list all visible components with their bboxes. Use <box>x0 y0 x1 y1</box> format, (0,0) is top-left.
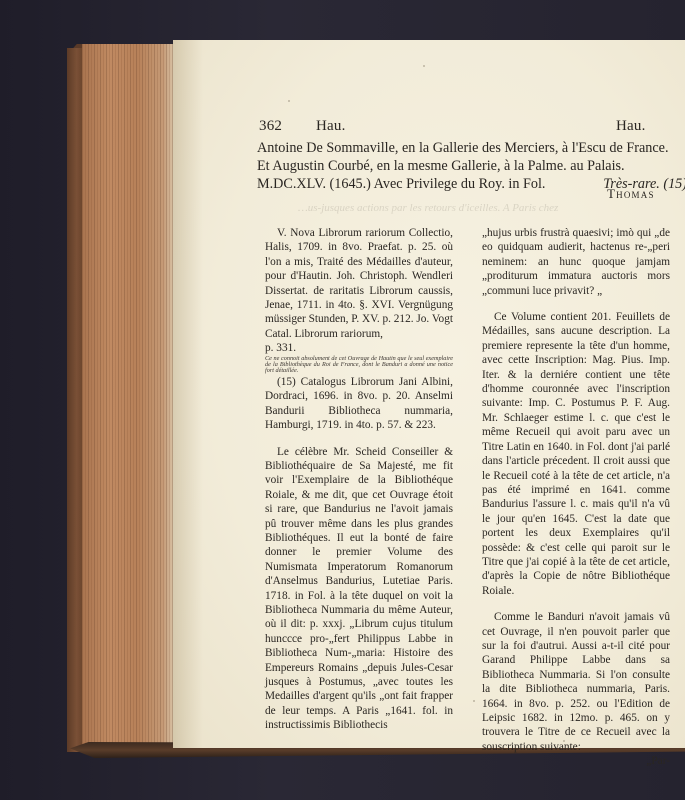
page-number: 362 <box>259 118 282 135</box>
title-imprint-block: Antoine De Sommaville, en la Gallerie de… <box>257 139 685 193</box>
paper-speck <box>423 65 425 67</box>
book-cover-left-edge <box>67 48 83 752</box>
page-block-edges <box>82 44 174 748</box>
paper-speck <box>288 100 290 102</box>
paragraph-gap <box>482 598 670 610</box>
quotation-continuation: „hujus urbis frustrà quaesivi; imò qui „… <box>482 226 670 298</box>
running-head-left: Hau. <box>316 118 346 135</box>
imprint-date-privilege: M.DC.XLV. (1645.) Avec Privilege du Roy.… <box>257 175 545 193</box>
gutter-shadow <box>173 40 203 748</box>
running-head-right: Hau. <box>616 118 646 135</box>
banduri-paragraph: Comme le Banduri n'avoit jamais vû cet O… <box>482 610 670 754</box>
book-page: 362 Hau. Hau. Antoine De Sommaville, en … <box>173 40 685 748</box>
footnote-column-left: V. Nova Librorum rariorum Collectio, Hal… <box>265 226 453 733</box>
footnote-paragraph: V. Nova Librorum rariorum Collectio, Hal… <box>265 226 453 341</box>
open-book: 362 Hau. Hau. Antoine De Sommaville, en … <box>0 0 685 800</box>
volume-description: Ce Volume contient 201. Feuillets de Méd… <box>482 310 670 598</box>
handwritten-annotation: Ce ne connoit absolument de cet Ouvrage … <box>265 356 453 375</box>
catchword-bottom: „Par- <box>482 754 670 768</box>
imprint-line-1: Antoine De Sommaville, en la Gallerie de… <box>257 139 685 157</box>
paper-speck <box>473 700 475 702</box>
footnote-page-ref: p. 331. <box>265 341 453 355</box>
footnote-column-right: „hujus urbis frustrà quaesivi; imò qui „… <box>482 226 670 769</box>
paragraph-gap <box>482 298 670 310</box>
catchword-top: Thomas <box>607 186 655 202</box>
footnote-15: (15) Catalogus Librorum Jani Albini, Dor… <box>265 375 453 433</box>
bleed-through-text: …us-jusques actions par les retours d'ic… <box>298 202 558 214</box>
commentary-paragraph: Le célèbre Mr. Scheid Conseiller & Bibli… <box>265 445 453 733</box>
paragraph-gap <box>265 433 453 445</box>
imprint-line-2: Et Augustin Courbé, en la mesme Gallerie… <box>257 157 685 175</box>
